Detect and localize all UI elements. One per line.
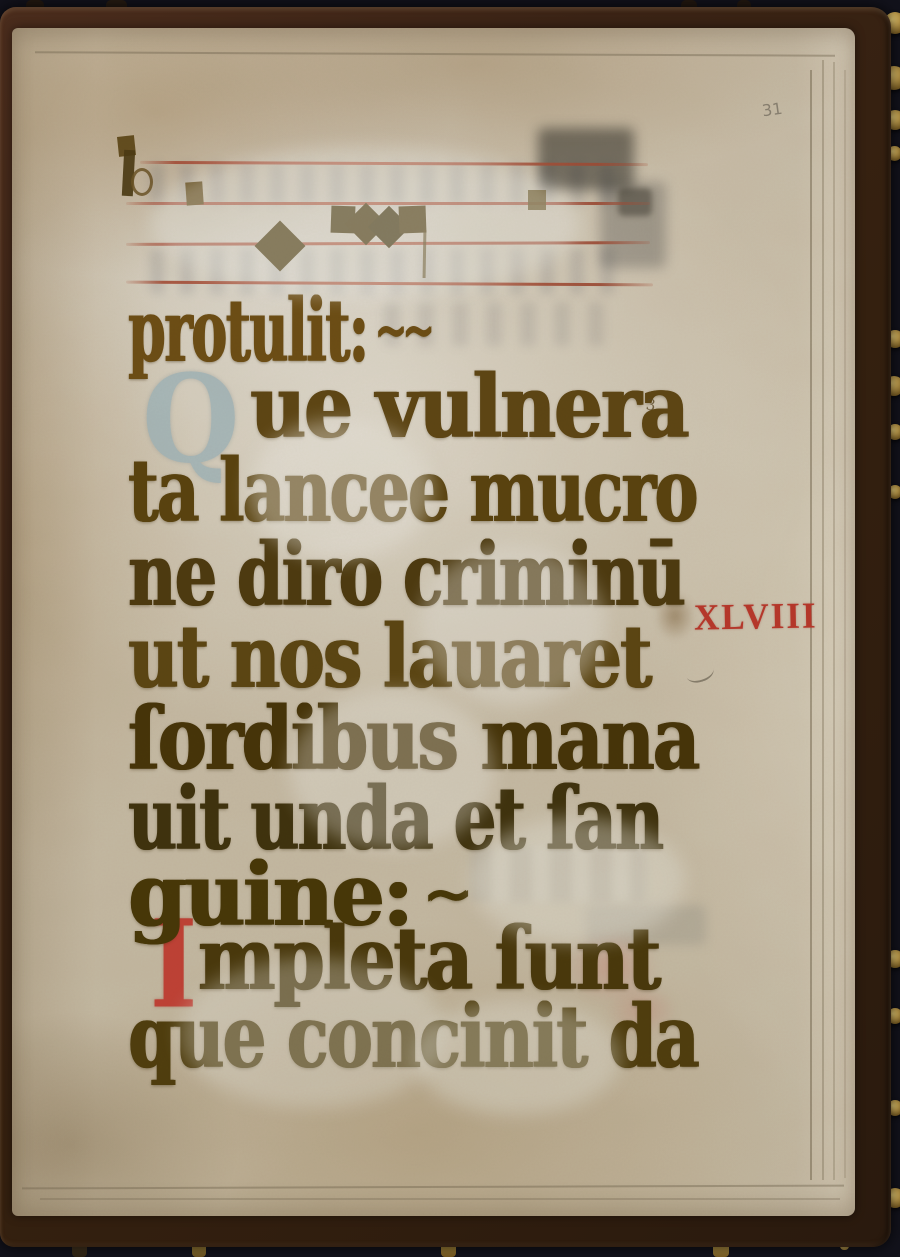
rubric-folio-number: XLVIII <box>694 595 818 639</box>
ghost-showthrough <box>538 128 634 190</box>
staff-line <box>126 202 650 205</box>
text-line-ut-nos: ut nos lauaret <box>128 616 650 699</box>
line-text: que concinit da <box>128 987 698 1088</box>
page-edge-line <box>22 1185 844 1190</box>
line-filler-flourish: ∼∼ <box>375 292 430 366</box>
page-content: Q I protulit:∼∼ ue vulnera ta lancee muc… <box>0 0 900 1257</box>
page-edge-line <box>40 1198 840 1200</box>
staff-line <box>140 161 648 166</box>
page-edge-line <box>35 51 835 56</box>
text-line-ta-lancee: ta lancee mucro <box>128 450 697 533</box>
text-line-que-vulnera: ue vulnera <box>250 366 687 449</box>
neume-diamond-icon <box>255 221 306 272</box>
neume-square-icon <box>185 181 204 205</box>
fore-edge-line <box>833 62 835 1180</box>
ghost-showthrough <box>150 164 618 204</box>
manuscript-photo: Q I protulit:∼∼ ue vulnera ta lancee muc… <box>0 0 900 1257</box>
clef-icon <box>118 136 158 200</box>
pen-scratch <box>684 660 716 686</box>
ghost-showthrough <box>600 182 666 268</box>
neume-stem <box>423 230 427 278</box>
text-line-que-concinit: que concinit da <box>128 996 698 1079</box>
text-line-ne-diro: ne diro criminū <box>128 534 684 617</box>
fore-edge-line <box>844 70 846 1178</box>
fore-edge-line <box>822 60 824 1180</box>
pencil-folio-number: 31 <box>761 99 784 121</box>
neume-square-icon <box>399 206 427 234</box>
neume-square-icon <box>528 190 546 210</box>
